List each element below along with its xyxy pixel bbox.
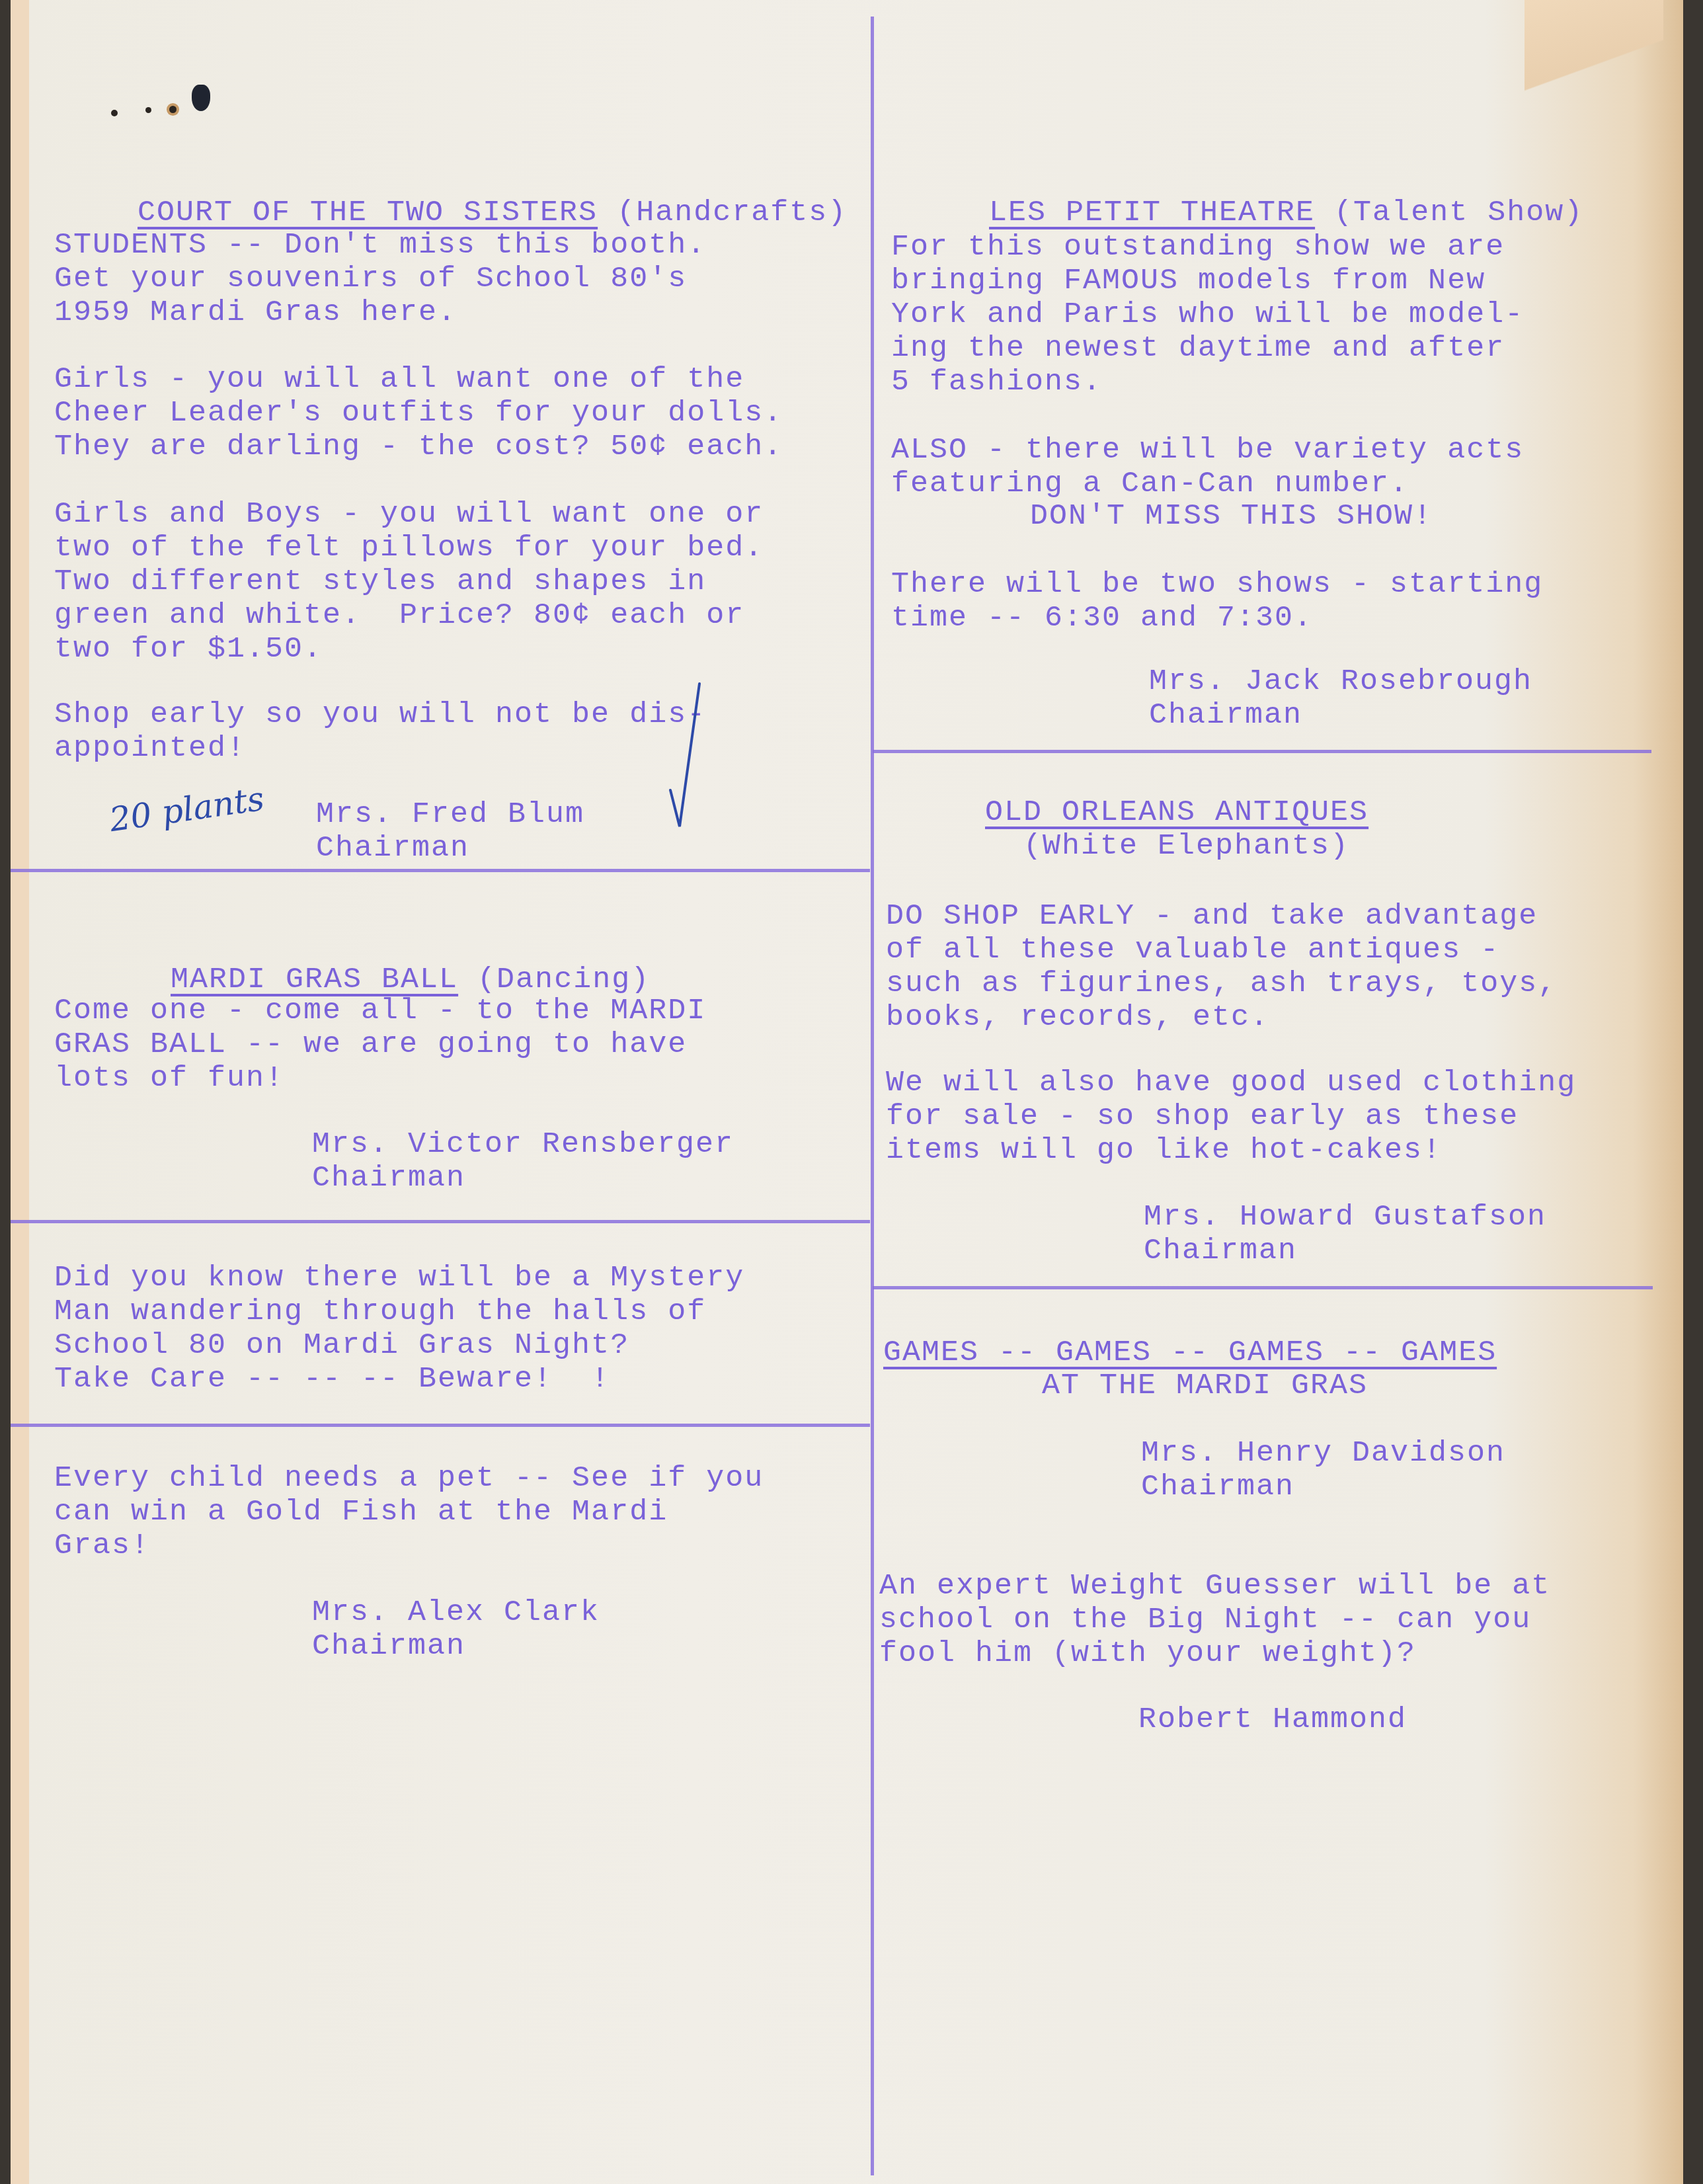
chair-title: Chairman [1141, 1470, 1294, 1504]
text-line: Did you know there will be a Mystery [54, 1261, 744, 1295]
chair-title: Chairman [312, 1629, 465, 1663]
games-subtitle: AT THE MARDI GRAS [1042, 1369, 1368, 1402]
text-line: two for $1.50. [54, 632, 323, 666]
section-divider [873, 750, 1651, 753]
theatre-section: LES PETIT THEATRE (Talent Show) [951, 162, 1583, 229]
court-paragraph: Girls and Boys - you will want one or tw… [54, 497, 764, 666]
text-line: appointed! [54, 731, 246, 765]
text-line: featuring a Can-Can number. [891, 467, 1409, 501]
text-line: STUDENTS -- Don't miss this booth. [54, 228, 706, 262]
section-divider [11, 1220, 870, 1223]
text-line: green and white. Price? 80¢ each or [54, 598, 744, 632]
text-line: School 80 on Mardi Gras Night? [54, 1328, 629, 1362]
ink-blot-mark [192, 85, 210, 111]
text-line: We will also have good used clothing [886, 1066, 1576, 1100]
weight-guesser-name: Robert Hammond [1138, 1703, 1407, 1736]
text-line: ALSO - there will be variety acts [891, 433, 1524, 467]
chair-name: Mrs. Fred Blum [316, 797, 584, 831]
weight-paragraph: An expert Weight Guesser will be at scho… [879, 1569, 1550, 1670]
text-line: for sale - so shop early as these [886, 1100, 1519, 1133]
chairman-signature: Mrs. Fred Blum Chairman [316, 797, 584, 865]
section-subtitle: (Handcrafts) [617, 196, 847, 229]
text-line: Come one - come all - to the MARDI [54, 994, 706, 1028]
text-line: York and Paris who will be model- [891, 298, 1524, 331]
ball-section: MARDI GRAS BALL (Dancing) [132, 929, 650, 996]
text-line: They are darling - the cost? 50¢ each. [54, 430, 783, 464]
text-line: Two different styles and shapes in [54, 565, 706, 598]
text-line: An expert Weight Guesser will be at [879, 1569, 1550, 1603]
text-line: lots of fun! [54, 1061, 284, 1095]
section-title: MARDI GRAS BALL [171, 963, 458, 996]
text-line: school on the Big Night -- can you [879, 1603, 1531, 1637]
chair-title: Chairman [1149, 698, 1302, 732]
goldfish-paragraph: Every child needs a pet -- See if you ca… [54, 1461, 764, 1562]
section-divider [11, 869, 870, 872]
theatre-paragraph: For this outstanding show we are bringin… [891, 230, 1524, 399]
section-subtitle: (White Elephants) [1023, 829, 1349, 863]
games-title: GAMES -- GAMES -- GAMES -- GAMES [883, 1336, 1497, 1369]
text-line: Take Care -- -- -- Beware! ! [54, 1362, 610, 1396]
text-line: time -- 6:30 and 7:30. [891, 601, 1313, 635]
chairman-signature: Mrs. Henry Davidson Chairman [1141, 1436, 1505, 1504]
chairman-signature: Mrs. Jack Rosebrough Chairman [1149, 665, 1532, 732]
section-title: COURT OF THE TWO SISTERS [138, 196, 598, 229]
text-line: ing the newest daytime and after [891, 331, 1505, 365]
chairman-signature: Mrs. Victor Rensberger Chairman [312, 1127, 734, 1195]
text-line: Shop early so you will not be dis- [54, 698, 706, 731]
section-title: LES PETIT THEATRE [989, 196, 1315, 229]
text-line: 1959 Mardi Gras here. [54, 296, 457, 329]
text-line: DO SHOP EARLY - and take advantage [886, 899, 1538, 933]
text-line: GRAS BALL -- we are going to have [54, 1028, 687, 1061]
column-divider [871, 17, 874, 2175]
theatre-paragraph: There will be two shows - starting time … [891, 567, 1543, 635]
punch-hole-mark [111, 110, 118, 116]
chair-name: Mrs. Jack Rosebrough [1149, 665, 1532, 698]
section-divider [11, 1424, 870, 1427]
text-line: Cheer Leader's outfits for your dolls. [54, 396, 783, 430]
chair-title: Chairman [1144, 1234, 1297, 1268]
court-paragraph: STUDENTS -- Don't miss this booth. Get y… [54, 228, 706, 329]
section-subtitle: (Dancing) [477, 963, 650, 996]
theatre-emphasis: DON'T MISS THIS SHOW! [1030, 499, 1433, 533]
court-section: COURT OF THE TWO SISTERS (Handcrafts) [99, 162, 847, 229]
antiques-paragraph: DO SHOP EARLY - and take advantage of al… [886, 899, 1557, 1034]
punch-hole-mark [169, 106, 177, 113]
mystery-paragraph: Did you know there will be a Mystery Man… [54, 1261, 744, 1396]
text-line: such as figurines, ash trays, toys, [886, 967, 1557, 1000]
text-line: two of the felt pillows for your bed. [54, 531, 764, 565]
section-subtitle: (Talent Show) [1334, 196, 1583, 229]
checkmark-icon [641, 681, 707, 833]
chair-name: Mrs. Howard Gustafson [1144, 1200, 1546, 1234]
section-title: OLD ORLEANS ANTIQUES [985, 795, 1368, 829]
text-line: Girls - you will all want one of the [54, 362, 744, 396]
ball-paragraph: Come one - come all - to the MARDI GRAS … [54, 994, 706, 1095]
text-line: Every child needs a pet -- See if you [54, 1461, 764, 1495]
punch-hole-mark [145, 107, 151, 113]
antiques-paragraph: We will also have good used clothing for… [886, 1066, 1576, 1167]
text-line: 5 fashions. [891, 365, 1102, 399]
text-line: books, records, etc. [886, 1000, 1269, 1034]
text-line: Man wandering through the halls of [54, 1295, 706, 1328]
chairman-signature: Mrs. Alex Clark Chairman [312, 1596, 600, 1663]
chairman-signature: Mrs. Howard Gustafson Chairman [1144, 1200, 1546, 1268]
theatre-paragraph: ALSO - there will be variety acts featur… [891, 433, 1524, 501]
text-line: can win a Gold Fish at the Mardi [54, 1495, 668, 1529]
text-line: Girls and Boys - you will want one or [54, 497, 764, 531]
text-line: of all these valuable antiques - [886, 933, 1499, 967]
court-paragraph: Shop early so you will not be dis- appoi… [54, 698, 706, 765]
text-line: For this outstanding show we are [891, 230, 1505, 264]
section-title: GAMES -- GAMES -- GAMES -- GAMES [883, 1336, 1497, 1369]
chair-title: Chairman [316, 831, 469, 865]
text-line: Gras! [54, 1529, 150, 1562]
text-line: Get your souvenirs of School 80's [54, 262, 687, 296]
chair-title: Chairman [312, 1161, 465, 1195]
court-paragraph: Girls - you will all want one of the Che… [54, 362, 783, 464]
chair-name: Mrs. Henry Davidson [1141, 1436, 1505, 1470]
text-line: bringing FAMOUS models from New [891, 264, 1485, 298]
chair-name: Mrs. Victor Rensberger [312, 1127, 734, 1161]
text-line: fool him (with your weight)? [879, 1637, 1416, 1670]
section-divider [873, 1286, 1653, 1289]
text-line: items will go like hot-cakes! [886, 1133, 1442, 1167]
text-line: There will be two shows - starting [891, 567, 1543, 601]
folded-corner [1525, 0, 1663, 99]
chair-name: Mrs. Alex Clark [312, 1596, 600, 1629]
antiques-section: OLD ORLEANS ANTIQUES (White Elephants) [985, 795, 1368, 863]
